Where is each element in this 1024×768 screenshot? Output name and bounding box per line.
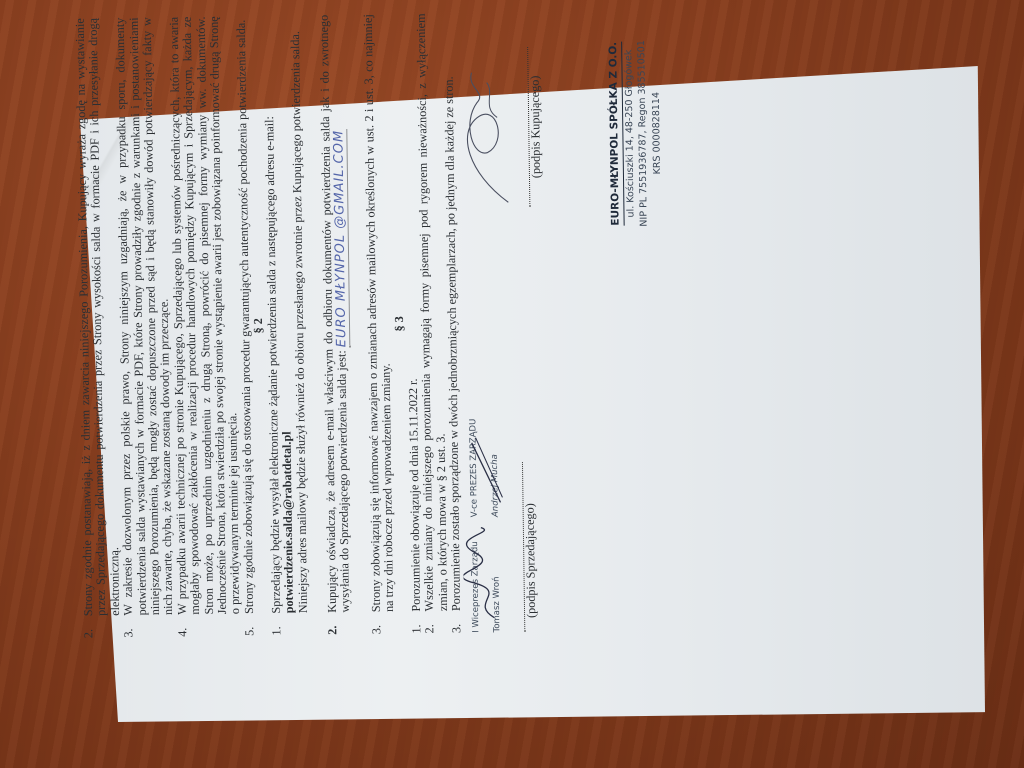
- item-number: 2.: [82, 616, 123, 639]
- signature-area: I Wiceprezes Zarządu Tomasz Wroń V-ce PR…: [455, 11, 584, 633]
- seller-signature-label: (podpis Sprzedającego): [521, 372, 538, 618]
- item-number: 2.: [326, 612, 354, 634]
- section-2-list: 1. Sprzedający będzie wysyłał elektronic…: [261, 14, 396, 636]
- item-number: 2.: [423, 611, 450, 633]
- company-stamp: EURO-MŁYNPOL SPÓŁKA Z O.O. ul. Kościuszk…: [605, 18, 665, 249]
- buyer-email-handwritten: EURO MŁYNPOL @GMAIL.COM: [333, 130, 350, 348]
- item-text: W zakresie dozwolonym przez polskie praw…: [114, 17, 176, 616]
- item-text: W przypadku awarii technicznej po stroni…: [168, 16, 243, 615]
- buyer-signature-label: (podpis Kupującego): [528, 12, 545, 242]
- item-number: 1.: [270, 613, 311, 636]
- item-number: 1.: [410, 611, 424, 633]
- buyer-signature-scribble: [446, 52, 518, 213]
- section-1-list: 2. Strony zgodnie postanawiają, iż z dni…: [74, 16, 257, 638]
- item-number: 5.: [243, 614, 257, 636]
- seller-signature-block: I Wiceprezes Zarządu Tomasz Wroń V-ce PR…: [460, 372, 538, 633]
- buyer-signature-block: (podpis Kupującego): [455, 12, 544, 243]
- item-number: 3.: [370, 612, 397, 634]
- section-1-item-4: 4. W przypadku awarii technicznej po str…: [168, 16, 244, 637]
- item-text: Sprzedający będzie wysyłał elektroniczne…: [261, 15, 310, 614]
- item-number: 4.: [176, 614, 243, 637]
- document-page: 2. Strony zgodnie postanawiają, iż z dni…: [74, 6, 983, 639]
- item-number: 3.: [450, 611, 464, 633]
- section-1-item-3: 3. W zakresie dozwolonym przez polskie p…: [114, 17, 176, 638]
- seller-signature-scribble: [461, 422, 514, 623]
- item-number: 3.: [122, 615, 176, 638]
